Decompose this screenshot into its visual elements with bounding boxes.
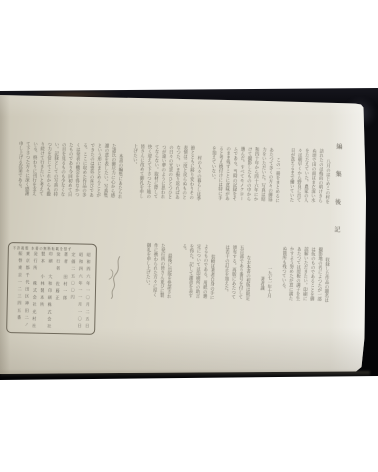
afterword-lower-block: 収録した作品の題名は撮影地の名によつたが一部は仮のものであることを御諒解いただき… xyxy=(110,242,331,335)
colophon-notice: 不許複製 本書の無断転載を禁ず xyxy=(13,245,83,251)
text-column: 発行者 佐藤正 xyxy=(53,252,62,330)
book-photo: 編集後記 八月のはじめこの村を訪れたのは梅雨の明けきらぬ頃で田の面はまだ深い水を… xyxy=(0,88,378,380)
text-column: 発行所 株式会社光村社 xyxy=(30,252,39,330)
page-edge-shadow xyxy=(0,371,370,377)
text-column: 昭和四六年一〇月二五日印刷 xyxy=(84,253,93,331)
handwritten-mark xyxy=(104,253,128,301)
colophon-columns: 昭和四六年一〇月二五日印刷昭和四六年一一月一〇日発行定価二五〇〇円著者 田村一郎… xyxy=(9,251,93,331)
text-column: 印刷 大和印刷株式会社 xyxy=(46,252,55,330)
afterword-upper-block: 八月のはじめこの村を訪れたのは梅雨の明けきらぬ頃で田の面はまだ深い水をたたえてい… xyxy=(8,141,332,239)
colophon-box: 不許複製 本書の無断転載を禁ず 昭和四六年一〇月二五日印刷昭和四六年一一月一〇日… xyxy=(6,242,97,335)
